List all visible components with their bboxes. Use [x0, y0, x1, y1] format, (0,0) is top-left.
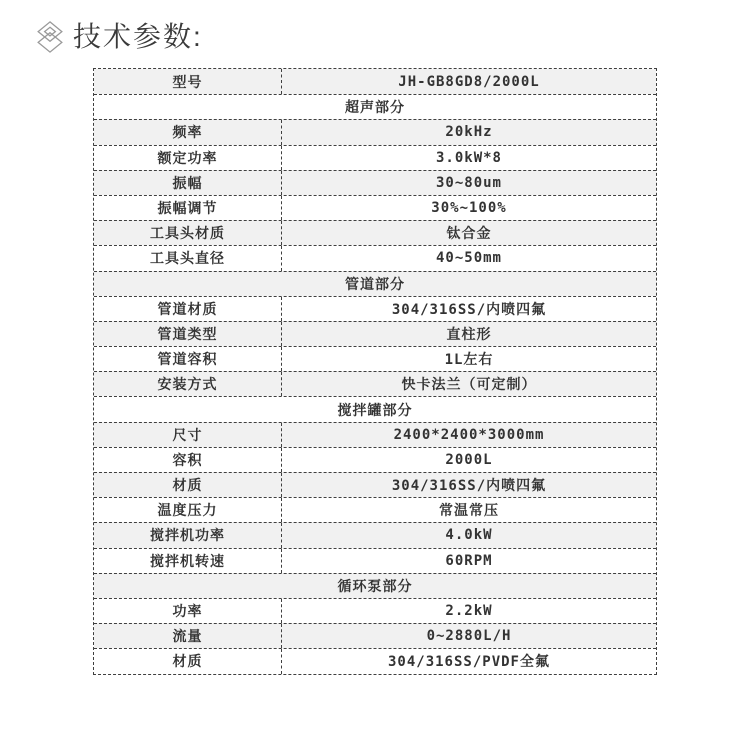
param-label: 容积: [94, 448, 282, 472]
page: 技术参数: 型号JH-GB8GD8/2000L超声部分频率20kHz额定功率3.…: [0, 0, 750, 729]
param-value: 304/316SS/内喷四氟: [282, 297, 656, 321]
page-title: 技术参数:: [73, 23, 203, 51]
spec-row: 振幅30~80um: [94, 170, 656, 195]
section-title: 超声部分: [94, 95, 656, 119]
section-title: 管道部分: [94, 272, 656, 296]
spec-row: 容积2000L: [94, 447, 656, 472]
param-value: 304/316SS/内喷四氟: [282, 473, 656, 497]
spec-row: 频率20kHz: [94, 119, 656, 144]
param-value: 40~50mm: [282, 246, 656, 270]
param-label: 安装方式: [94, 372, 282, 396]
param-label: 频率: [94, 120, 282, 144]
param-label: 额定功率: [94, 146, 282, 170]
param-label: 尺寸: [94, 423, 282, 447]
param-value: 304/316SS/PVDF全氟: [282, 649, 656, 673]
spec-row: 尺寸2400*2400*3000mm: [94, 422, 656, 447]
spec-row: 振幅调节30%~100%: [94, 195, 656, 220]
section-title: 搅拌罐部分: [94, 397, 656, 421]
spec-row: 工具头直径40~50mm: [94, 245, 656, 270]
param-value: 钛合金: [282, 221, 656, 245]
param-label: 搅拌机转速: [94, 549, 282, 573]
page-header: 技术参数:: [35, 18, 203, 56]
param-label: 工具头直径: [94, 246, 282, 270]
param-value: 60RPM: [282, 549, 656, 573]
param-value: 快卡法兰（可定制）: [282, 372, 656, 396]
spec-row: 管道材质304/316SS/内喷四氟: [94, 296, 656, 321]
param-label: 功率: [94, 599, 282, 623]
param-label: 工具头材质: [94, 221, 282, 245]
param-label: 材质: [94, 473, 282, 497]
param-label: 管道类型: [94, 322, 282, 346]
param-value: 3.0kW*8: [282, 146, 656, 170]
spec-row: 管道类型直柱形: [94, 321, 656, 346]
spec-row: 材质304/316SS/内喷四氟: [94, 472, 656, 497]
stacked-diamonds-icon: [35, 18, 65, 56]
section-header-row: 管道部分: [94, 271, 656, 296]
param-value: 4.0kW: [282, 523, 656, 547]
param-value: 20kHz: [282, 120, 656, 144]
spec-table: 型号JH-GB8GD8/2000L超声部分频率20kHz额定功率3.0kW*8振…: [93, 68, 657, 675]
spec-row: 温度压力常温常压: [94, 497, 656, 522]
param-label: 振幅调节: [94, 196, 282, 220]
param-label: 振幅: [94, 171, 282, 195]
section-header-row: 超声部分: [94, 94, 656, 119]
param-label: 管道容积: [94, 347, 282, 371]
param-label: 型号: [94, 69, 282, 94]
param-label: 管道材质: [94, 297, 282, 321]
spec-row: 工具头材质钛合金: [94, 220, 656, 245]
spec-row: 流量0~2880L/H: [94, 623, 656, 648]
param-value: 1L左右: [282, 347, 656, 371]
param-value: 2.2kW: [282, 599, 656, 623]
param-value: 2000L: [282, 448, 656, 472]
spec-row: 型号JH-GB8GD8/2000L: [94, 69, 656, 94]
section-header-row: 循环泵部分: [94, 573, 656, 598]
spec-row: 搅拌机转速60RPM: [94, 548, 656, 573]
section-header-row: 搅拌罐部分: [94, 396, 656, 421]
param-label: 流量: [94, 624, 282, 648]
param-value: 0~2880L/H: [282, 624, 656, 648]
param-value: 30%~100%: [282, 196, 656, 220]
spec-row: 安装方式快卡法兰（可定制）: [94, 371, 656, 396]
param-value: JH-GB8GD8/2000L: [282, 69, 656, 94]
spec-row: 功率2.2kW: [94, 598, 656, 623]
spec-row: 材质304/316SS/PVDF全氟: [94, 648, 656, 673]
param-value: 常温常压: [282, 498, 656, 522]
spec-row: 搅拌机功率4.0kW: [94, 522, 656, 547]
param-label: 搅拌机功率: [94, 523, 282, 547]
spec-row: 额定功率3.0kW*8: [94, 145, 656, 170]
spec-row: 管道容积1L左右: [94, 346, 656, 371]
param-label: 材质: [94, 649, 282, 673]
section-title: 循环泵部分: [94, 574, 656, 598]
param-value: 直柱形: [282, 322, 656, 346]
param-value: 30~80um: [282, 171, 656, 195]
param-value: 2400*2400*3000mm: [282, 423, 656, 447]
param-label: 温度压力: [94, 498, 282, 522]
